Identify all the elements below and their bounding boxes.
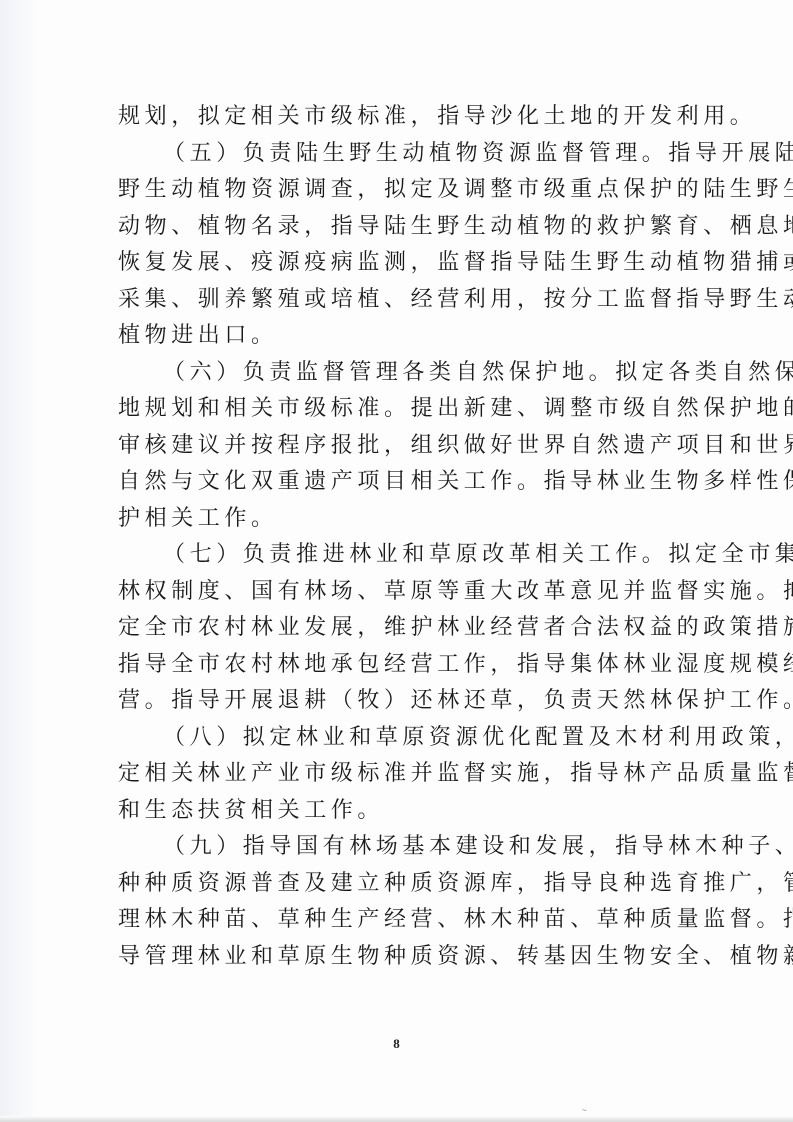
text-line: （五）负责陆生野生动植物资源监督管理。指导开展陆地 (118, 136, 688, 173)
text-line: 护相关工作。 (118, 501, 688, 538)
paragraph-continuation: 规划，拟定相关市级标准，指导沙化土地的开发利用。 (118, 99, 688, 136)
text-line: 规划，拟定相关市级标准，指导沙化土地的开发利用。 (118, 99, 688, 136)
text-line: 野生动植物资源调查，拟定及调整市级重点保护的陆生野生 (118, 172, 688, 209)
text-line: （八）拟定林业和草原资源优化配置及木材利用政策，拟 (118, 720, 688, 757)
text-line: 定相关林业产业市级标准并监督实施，指导林产品质量监督 (118, 756, 688, 793)
text-line: 营。指导开展退耕（牧）还林还草，负责天然林保护工作。 (118, 683, 688, 720)
text-line: 地规划和相关市级标准。提出新建、调整市级自然保护地的 (118, 391, 688, 428)
page-bottom-edge (0, 1116, 793, 1122)
text-line: 采集、驯养繁殖或培植、经营利用，按分工监督指导野生动 (118, 282, 688, 319)
document-body: 规划，拟定相关市级标准，指导沙化土地的开发利用。 （五）负责陆生野生动植物资源监… (118, 99, 688, 975)
text-line: 自然与文化双重遗产项目相关工作。指导林业生物多样性保 (118, 464, 688, 501)
text-line: （六）负责监督管理各类自然保护地。拟定各类自然保护 (118, 355, 688, 392)
paragraph-item-7: （七）负责推进林业和草原改革相关工作。拟定全市集体 林权制度、国有林场、草原等重… (118, 537, 688, 720)
scan-artifact: ~ (582, 1106, 587, 1115)
text-line: 导管理林业和草原生物种质资源、转基因生物安全、植物新 (118, 939, 688, 976)
paragraph-item-8: （八）拟定林业和草原资源优化配置及木材利用政策，拟 定相关林业产业市级标准并监督… (118, 720, 688, 830)
text-line: 和生态扶贫相关工作。 (118, 793, 688, 830)
scan-edge-shading (0, 0, 40, 1122)
text-line: 植物进出口。 (118, 318, 688, 355)
text-line: 指导全市农村林地承包经营工作，指导集体林业湿度规模经 (118, 647, 688, 684)
text-line: 林权制度、国有林场、草原等重大改革意见并监督实施。拟 (118, 574, 688, 611)
text-line: 动物、植物名录，指导陆生野生动植物的救护繁育、栖息地 (118, 209, 688, 246)
text-line: （九）指导国有林场基本建设和发展，指导林木种子、草 (118, 829, 688, 866)
text-line: 恢复发展、疫源疫病监测，监督指导陆生野生动植物猎捕或 (118, 245, 688, 282)
paragraph-item-6: （六）负责监督管理各类自然保护地。拟定各类自然保护 地规划和相关市级标准。提出新… (118, 355, 688, 538)
paragraph-item-9: （九）指导国有林场基本建设和发展，指导林木种子、草 种种质资源普查及建立种质资源… (118, 829, 688, 975)
paragraph-item-5: （五）负责陆生野生动植物资源监督管理。指导开展陆地 野生动植物资源调查，拟定及调… (118, 136, 688, 355)
text-line: （七）负责推进林业和草原改革相关工作。拟定全市集体 (118, 537, 688, 574)
page-number: 8 (0, 1036, 793, 1052)
text-line: 审核建议并按程序报批，组织做好世界自然遗产项目和世界 (118, 428, 688, 465)
text-line: 理林木种苗、草种生产经营、林木种苗、草种质量监督。指 (118, 902, 688, 939)
text-line: 种种质资源普查及建立种质资源库，指导良种选育推广，管 (118, 866, 688, 903)
text-line: 定全市农村林业发展，维护林业经营者合法权益的政策措施， (118, 610, 688, 647)
